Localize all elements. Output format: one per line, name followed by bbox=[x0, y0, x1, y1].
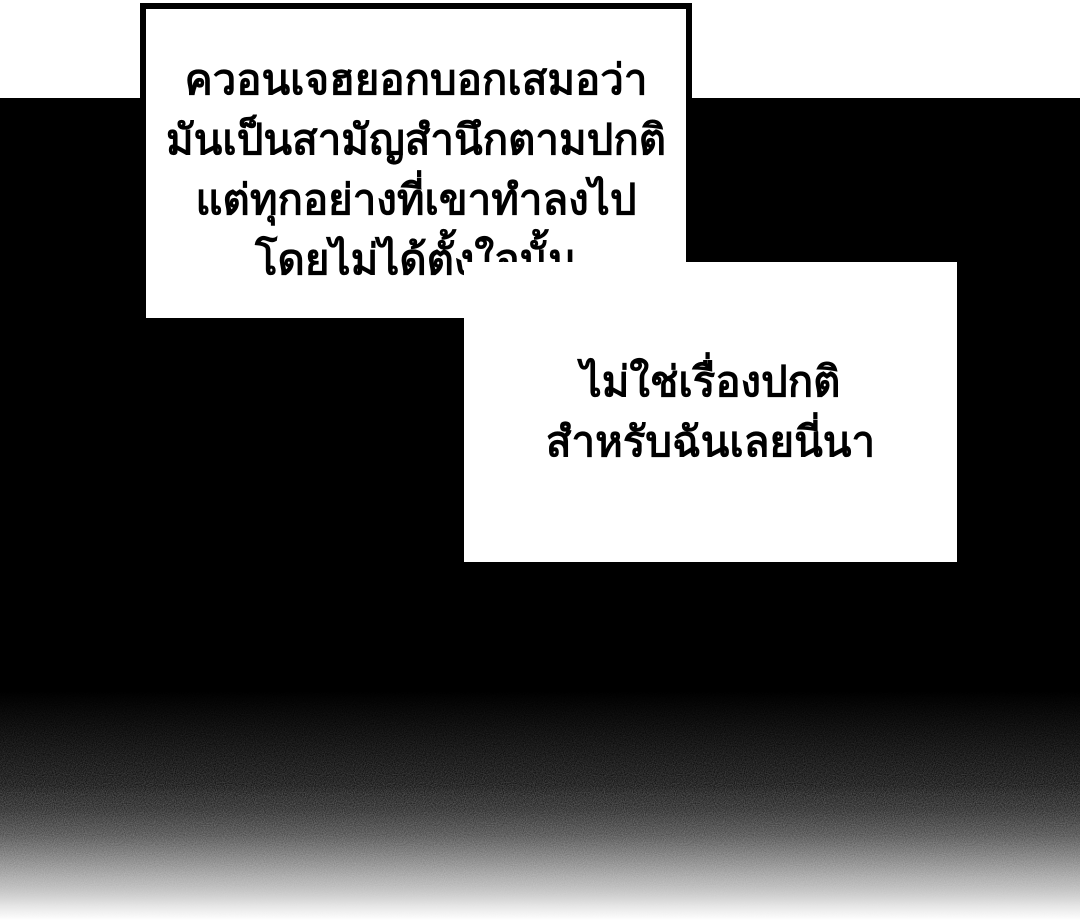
narration-line: แต่ทุกอย่างที่เขาทำลงไป bbox=[195, 170, 636, 230]
narration-line: สำหรับฉันเลยนี่นา bbox=[546, 412, 875, 472]
narration-line: ควอนเจฮยอกบอกเสมอว่า bbox=[185, 50, 648, 110]
film-grain-texture bbox=[0, 690, 1080, 920]
narration-line: ไม่ใช่เรื่องปกติ bbox=[581, 352, 841, 412]
narration-line: มันเป็นสามัญสำนึกตามปกติ bbox=[166, 110, 666, 170]
bottom-fade-gradient bbox=[0, 690, 1080, 920]
comic-panel: ควอนเจฮยอกบอกเสมอว่า มันเป็นสามัญสำนึกตา… bbox=[0, 0, 1080, 920]
narration-box-bottom: ไม่ใช่เรื่องปกติ สำหรับฉันเลยนี่นา bbox=[464, 262, 957, 562]
